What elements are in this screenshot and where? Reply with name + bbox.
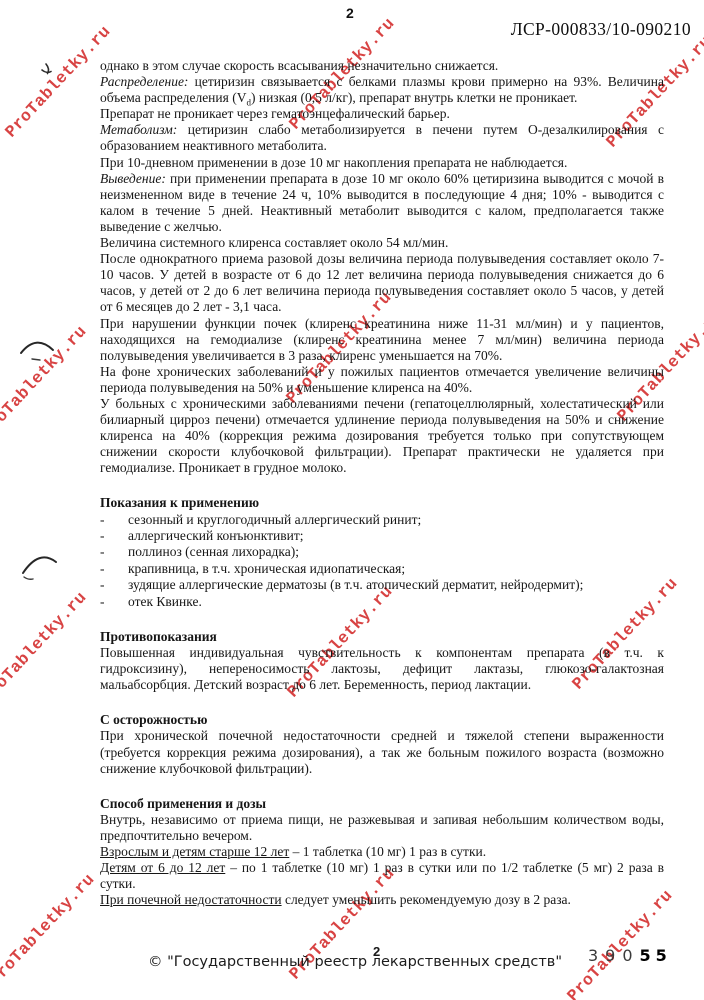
list-item-indication: -отек Квинке. bbox=[100, 594, 664, 610]
paragraph-contraindications: Повышенная индивидуальная чувствительнос… bbox=[100, 645, 664, 693]
paragraph-accumulation: При 10-дневном применении в дозе 10 мг н… bbox=[100, 155, 664, 171]
paragraph-clearance: Величина системного клиренса составляет … bbox=[100, 235, 664, 251]
paragraph-excretion: Выведение: при применении препарата в до… bbox=[100, 171, 664, 235]
underlined-renal: При почечной недостаточности bbox=[100, 892, 282, 907]
list-item-indication: -крапивница, в т.ч. хроническая идиопати… bbox=[100, 561, 664, 577]
bullet-dash: - bbox=[100, 528, 128, 544]
paragraph-dosage-adults: Взрослым и детям старше 12 лет – 1 табле… bbox=[100, 844, 664, 860]
term-excretion: Выведение: bbox=[100, 171, 166, 186]
document-page: ProTabletky.ru ProTabletky.ru ProTabletk… bbox=[0, 0, 704, 1000]
section-heading-dosage: Способ применения и дозы bbox=[100, 796, 664, 812]
stamp-number-light: 390 bbox=[588, 946, 640, 965]
watermark-text: ProTabletky.ru bbox=[0, 870, 99, 990]
paragraph-liver-disease: У больных с хроническими заболеваниями п… bbox=[100, 396, 664, 476]
paragraph-absorption: однако в этом случае скорость всасывания… bbox=[100, 58, 664, 74]
paragraph-barrier: Препарат не проникает через гематоэнцефа… bbox=[100, 106, 664, 122]
paragraph-distribution: Распределение: цетиризин связывается с б… bbox=[100, 74, 664, 106]
bullet-dash: - bbox=[100, 561, 128, 577]
paragraph-metabolism: Метаболизм: цетиризин слабо метаболизиру… bbox=[100, 122, 664, 154]
underlined-adults: Взрослым и детям старше 12 лет bbox=[100, 844, 289, 859]
paragraph-halflife: После однократного приема разовой дозы в… bbox=[100, 251, 664, 315]
watermark-text: ProTabletky.ru bbox=[1, 22, 115, 142]
margin-dash-2 bbox=[24, 577, 33, 579]
term-metabolism: Метаболизм: bbox=[100, 122, 177, 137]
page-number-top: 2 bbox=[346, 5, 354, 21]
watermark-text: ProTabletky.ru bbox=[0, 588, 91, 708]
copyright-line: © "Государственный реестр лекарственных … bbox=[145, 954, 565, 970]
term-distribution: Распределение: bbox=[100, 74, 188, 89]
underlined-children: Детям от 6 до 12 лет bbox=[100, 860, 225, 875]
bullet-dash: - bbox=[100, 512, 128, 528]
paragraph-dosage-renal: При почечной недостаточности следует уме… bbox=[100, 892, 664, 908]
paragraph-caution: При хронической почечной недостаточности… bbox=[100, 728, 664, 776]
paragraph-dosage-general: Внутрь, независимо от приема пищи, не ра… bbox=[100, 812, 664, 844]
bullet-dash: - bbox=[100, 544, 128, 560]
bullet-dash: - bbox=[100, 577, 128, 593]
stamp-number: 39055 bbox=[588, 946, 672, 965]
paragraph-renal-impairment: При нарушении функции почек (клиренс кре… bbox=[100, 316, 664, 364]
margin-dash-1 bbox=[32, 359, 40, 360]
section-heading-contraindications: Противопоказания bbox=[100, 629, 664, 645]
margin-arc-2 bbox=[23, 557, 56, 573]
stamp-number-bold: 55 bbox=[640, 946, 672, 965]
section-heading-caution: С осторожностью bbox=[100, 712, 664, 728]
list-item-indication: -зудящие аллергические дерматозы (в т.ч.… bbox=[100, 577, 664, 593]
section-heading-indications: Показания к применению bbox=[100, 495, 664, 511]
list-item-indication: -поллиноз (сенная лихорадка); bbox=[100, 544, 664, 560]
paragraph-chronic-elderly: На фоне хронических заболеваний и у пожи… bbox=[100, 364, 664, 396]
registration-number: ЛСР-000833/10-090210 bbox=[511, 19, 691, 40]
list-item-indication: -аллергический конъюнктивит; bbox=[100, 528, 664, 544]
bullet-dash: - bbox=[100, 594, 128, 610]
margin-mark-small bbox=[42, 64, 51, 74]
margin-arc-1 bbox=[21, 343, 53, 353]
document-body: однако в этом случае скорость всасывания… bbox=[100, 58, 664, 908]
watermark-text: ProTabletky.ru bbox=[0, 322, 91, 442]
list-item-indication: -сезонный и круглогодичный аллергический… bbox=[100, 512, 664, 528]
paragraph-dosage-children: Детям от 6 до 12 лет – по 1 таблетке (10… bbox=[100, 860, 664, 892]
